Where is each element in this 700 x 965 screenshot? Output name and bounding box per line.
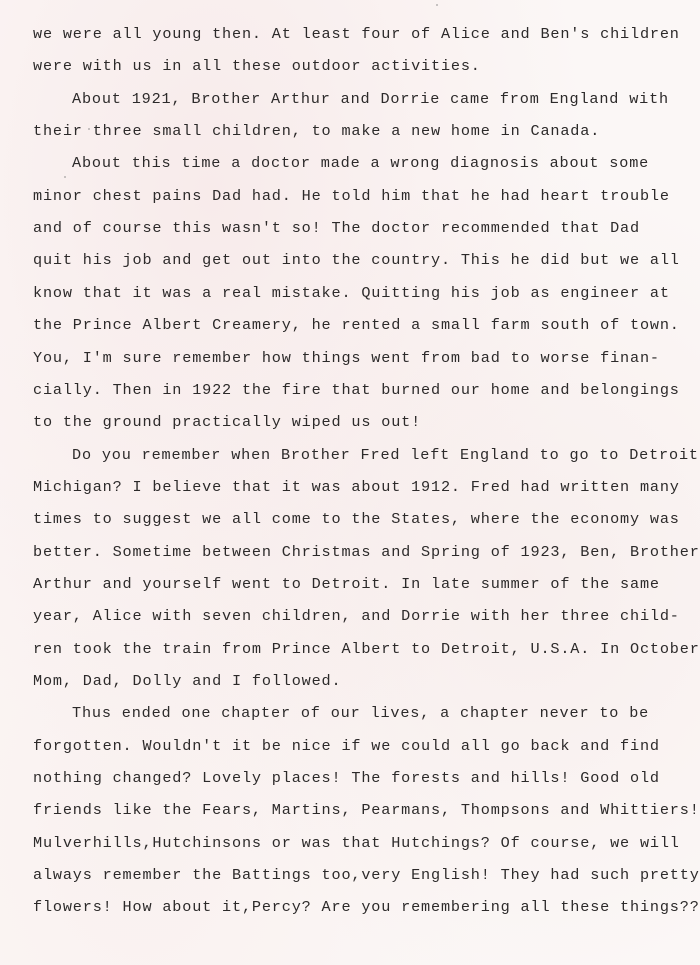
text-line: Mulverhills,Hutchinsons or was that Hutc… (33, 833, 680, 853)
text-line: quit his job and get out into the countr… (33, 250, 680, 270)
text-line: Thus ended one chapter of our lives, a c… (72, 703, 649, 723)
text-line: year, Alice with seven children, and Dor… (33, 606, 680, 626)
text-line: minor chest pains Dad had. He told him t… (33, 186, 670, 206)
text-line: Arthur and yourself went to Detroit. In … (33, 574, 660, 594)
text-line: times to suggest we all come to the Stat… (33, 509, 680, 529)
letter-page: we were all young then. At least four of… (0, 0, 700, 965)
text-line: to the ground practically wiped us out! (33, 412, 421, 432)
text-line: Michigan? I believe that it was about 19… (33, 477, 680, 497)
text-line: cially. Then in 1922 the fire that burne… (33, 380, 680, 400)
text-line: ren took the train from Prince Albert to… (33, 639, 700, 659)
text-line: Do you remember when Brother Fred left E… (72, 445, 700, 465)
text-line: flowers! How about it,Percy? Are you rem… (33, 897, 700, 917)
text-line: we were all young then. At least four of… (33, 24, 680, 44)
text-line: their three small children, to make a ne… (33, 121, 600, 141)
text-line: always remember the Battings too,very En… (33, 865, 700, 885)
text-line: the Prince Albert Creamery, he rented a … (33, 315, 680, 335)
text-line: were with us in all these outdoor activi… (33, 56, 481, 76)
text-line: know that it was a real mistake. Quittin… (33, 283, 670, 303)
text-line: nothing changed? Lovely places! The fore… (33, 768, 660, 788)
text-line: forgotten. Wouldn't it be nice if we cou… (33, 736, 660, 756)
text-line: friends like the Fears, Martins, Pearman… (33, 800, 700, 820)
text-line: better. Sometime between Christmas and S… (33, 542, 700, 562)
paper-speck (64, 176, 66, 178)
text-line: and of course this wasn't so! The doctor… (33, 218, 640, 238)
text-line: About this time a doctor made a wrong di… (72, 153, 649, 173)
paper-speck (436, 4, 438, 6)
text-line: About 1921, Brother Arthur and Dorrie ca… (72, 89, 669, 109)
text-line: Mom, Dad, Dolly and I followed. (33, 671, 341, 691)
text-line: You, I'm sure remember how things went f… (33, 348, 660, 368)
